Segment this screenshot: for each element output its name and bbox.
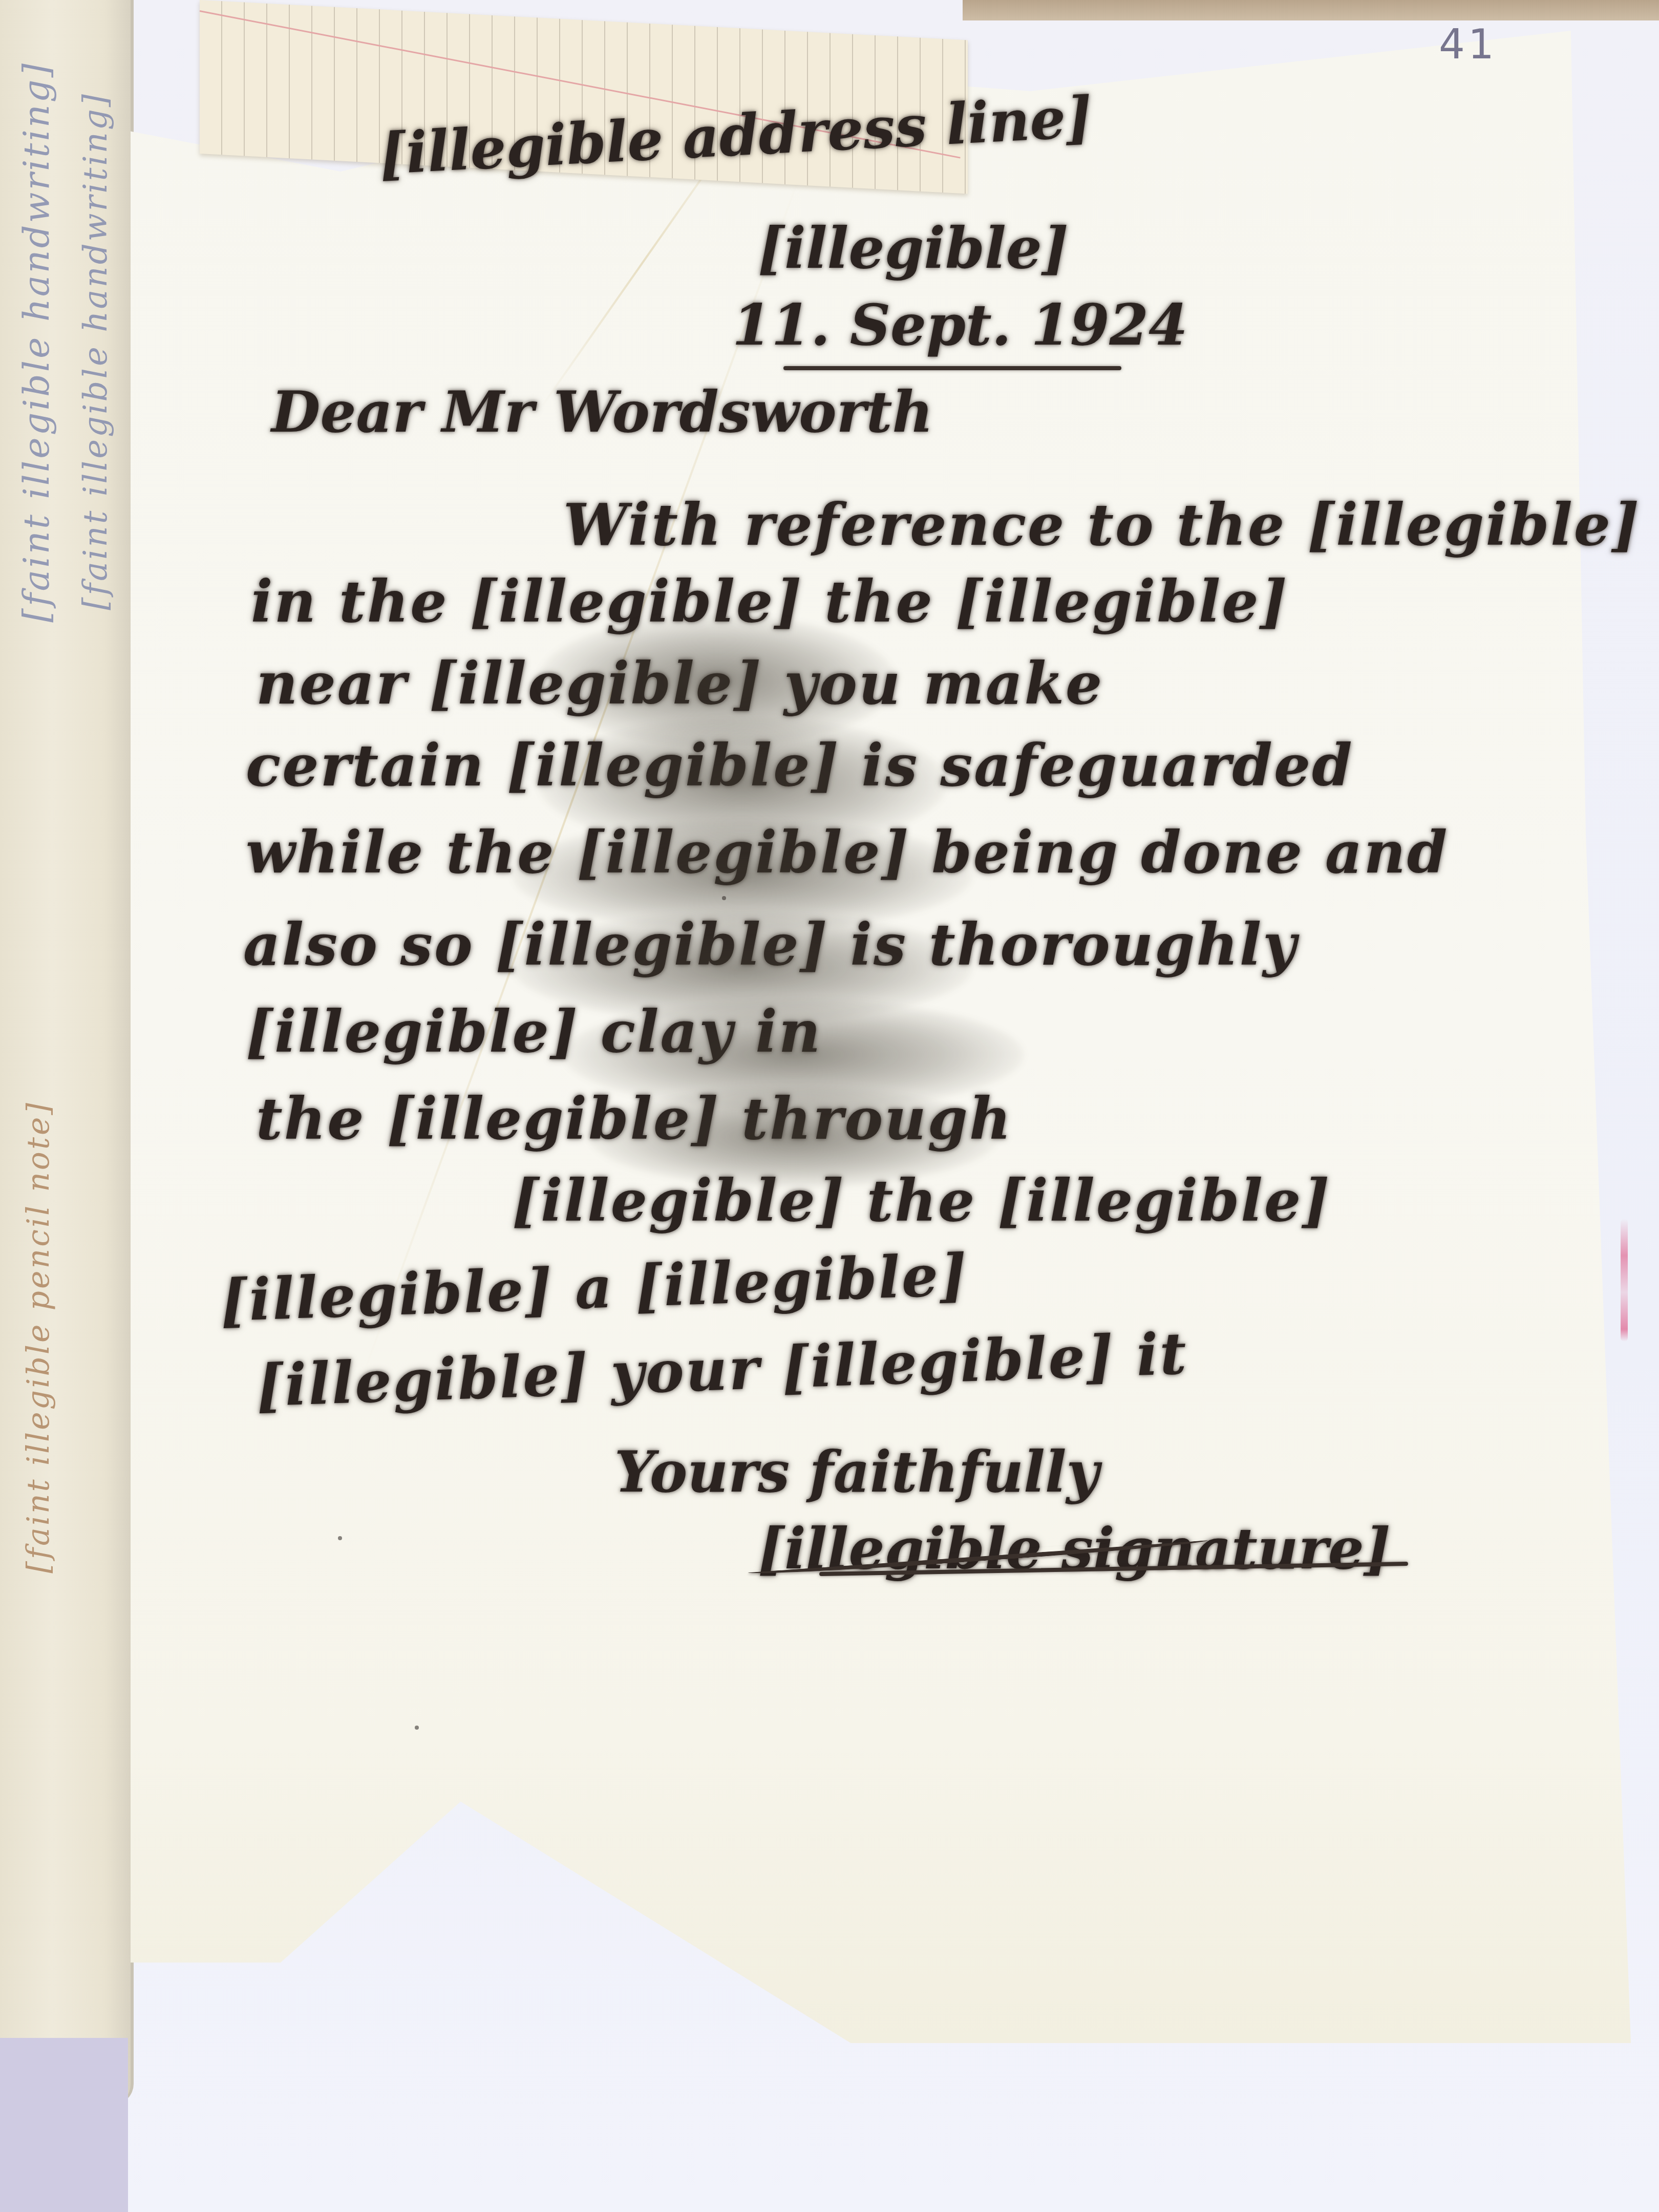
closing: Yours faithfully <box>614 1439 1099 1505</box>
margin-note: [faint illegible handwriting] <box>77 92 115 610</box>
ink-smudge <box>589 1086 998 1188</box>
salutation: Dear Mr Wordsworth <box>271 379 933 445</box>
ink-speck <box>722 896 726 900</box>
date-underline <box>783 366 1121 370</box>
red-ink-marks <box>1621 1219 1628 1342</box>
adjacent-document-strip: [faint illegible handwriting] [faint ill… <box>0 0 134 2104</box>
folder-board-edge <box>963 0 1659 20</box>
place-line: [illegible] <box>758 215 1069 281</box>
margin-note: [faint illegible pencil note] <box>20 1101 56 1573</box>
body-line: [illegible] the [illegible] <box>512 1167 1331 1235</box>
margin-note: [faint illegible handwriting] <box>15 61 57 623</box>
page-number: 41 <box>1439 20 1497 68</box>
body-line: With reference to the [illegible] <box>563 492 1641 559</box>
ink-speck <box>415 1726 419 1730</box>
letter-date: 11. Sept. 1924 <box>732 292 1188 358</box>
document-photo: [faint illegible handwriting] [faint ill… <box>0 0 1659 2212</box>
ink-speck <box>338 1536 342 1540</box>
background-surface <box>0 2038 128 2212</box>
